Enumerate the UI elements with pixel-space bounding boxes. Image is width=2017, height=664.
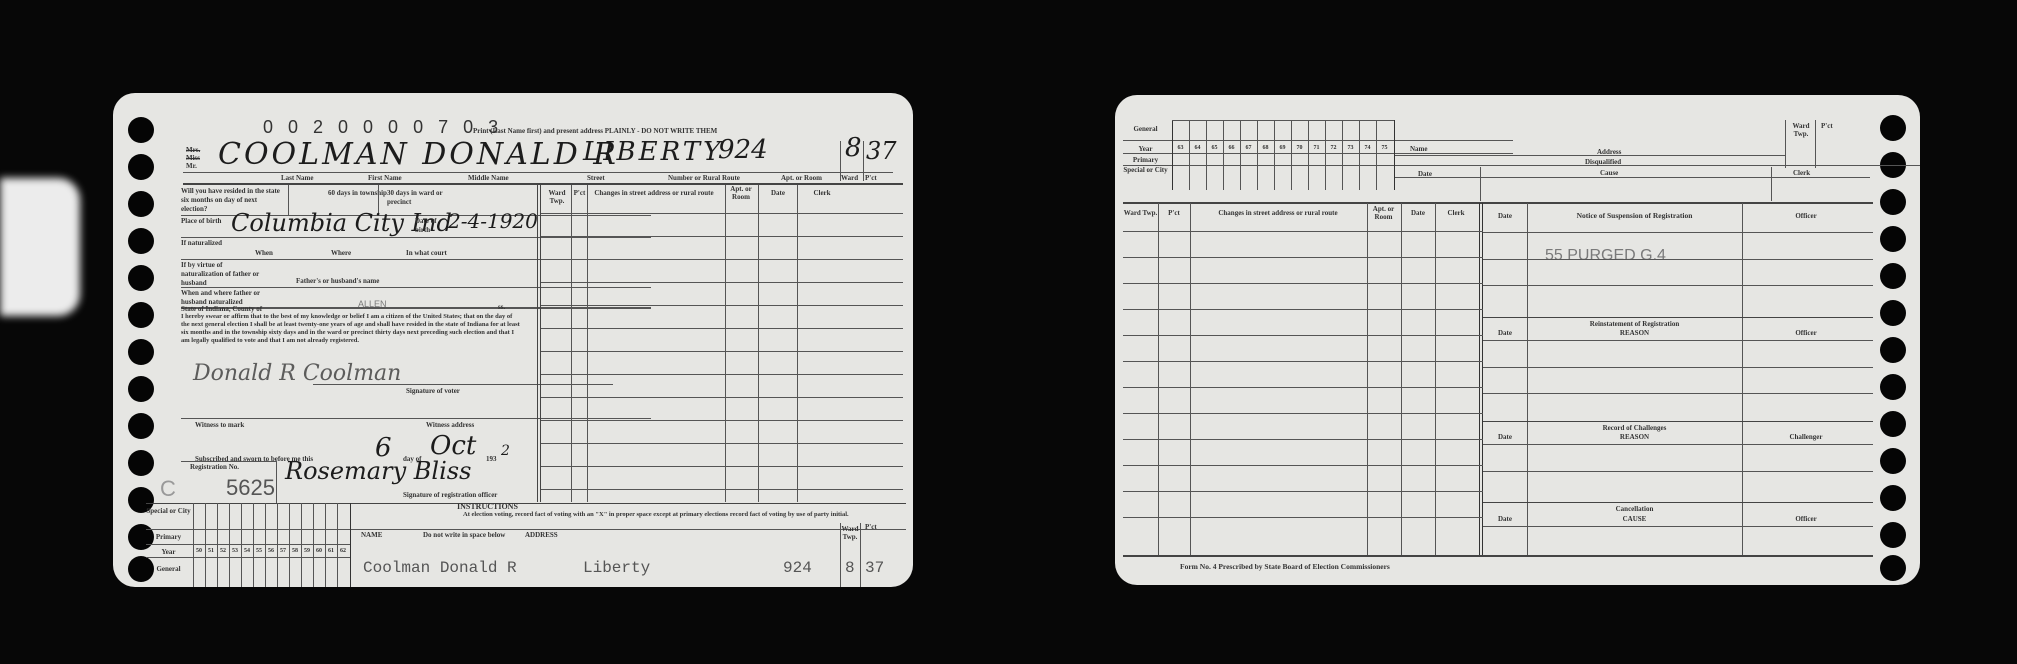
header-notice: Print (Last Name first) and present addr…	[473, 127, 717, 135]
serial-number: 0 0 2 0 0 0 0 7 0 3	[263, 117, 503, 138]
pct-value: 37	[866, 137, 897, 165]
scan-glare	[0, 178, 80, 316]
reinstatement-title: Reinstatement of Registration	[1527, 320, 1742, 328]
year-cell: 55	[253, 548, 265, 554]
col-pct: P'ct	[572, 189, 587, 197]
col-apt: Apt. or Room	[725, 185, 757, 201]
challenges-date-header: Date	[1483, 433, 1527, 441]
virtue-label: If by virtue of naturalization of father…	[181, 261, 261, 288]
witness-label: Witness to mark	[195, 421, 244, 429]
footer-typed-pct: 37	[865, 559, 884, 577]
suspension-date-header: Date	[1483, 212, 1527, 220]
row-special: Special or City	[1123, 166, 1168, 174]
col-apt: Apt. or Room	[1367, 205, 1400, 221]
punch-hole	[1880, 337, 1906, 363]
first-name-label: First Name	[368, 174, 402, 182]
punch-hole	[1880, 448, 1906, 474]
row-year: Year	[146, 548, 191, 556]
ward-value: 8	[845, 133, 862, 163]
punch-hole	[128, 117, 154, 143]
year-cell: 57	[277, 548, 289, 554]
footer-typed-ward: 8	[845, 559, 855, 577]
year-prefix: 193	[486, 455, 497, 463]
col-pct: P'ct	[1158, 209, 1190, 217]
punch-hole	[1880, 374, 1906, 400]
footer-no-write: Do not write in space below	[423, 531, 505, 539]
punch-hole	[1880, 115, 1906, 141]
registration-card-back: General Year Primary Special or City 63 …	[1115, 95, 1920, 585]
officer-label: Signature of registration officer	[403, 491, 497, 499]
year-cell: 64	[1189, 145, 1206, 151]
apt-label: Apt. or Room	[781, 174, 822, 182]
title-mr: Mr.	[186, 162, 197, 170]
year-cell: 68	[1257, 145, 1274, 151]
clerk-label: Clerk	[1793, 169, 1810, 177]
cancellation-cause-header: CAUSE	[1527, 515, 1742, 523]
col-date: Date	[758, 189, 798, 197]
signature-label: Signature of voter	[406, 387, 460, 395]
col-clerk: Clerk	[1435, 209, 1477, 217]
punch-hole	[128, 154, 154, 180]
cancellation-officer-header: Officer	[1742, 515, 1870, 523]
date-of-birth-label: Date of birth	[415, 217, 445, 235]
punch-hole	[128, 339, 154, 365]
footer-typed-name: Coolman Donald R	[363, 559, 517, 577]
cause-label: Cause	[1600, 169, 1618, 177]
challenges-reason-header: REASON	[1527, 433, 1742, 441]
punch-hole	[128, 376, 154, 402]
pct-label: P'ct	[1821, 122, 1833, 130]
punch-hole	[1880, 485, 1906, 511]
ward-question: 30 days in ward or precinct	[387, 189, 447, 207]
row-primary: Primary	[146, 533, 191, 541]
punch-hole	[1880, 300, 1906, 326]
voter-name: COOLMAN DONALD R	[218, 137, 619, 172]
side-mark: C	[160, 476, 176, 502]
footer-typed-street: Liberty	[583, 559, 650, 577]
middle-name-label: Middle Name	[468, 174, 509, 182]
challenges-challenger-header: Challenger	[1742, 433, 1870, 441]
year-cell: 59	[301, 548, 313, 554]
title-miss: Miss	[186, 154, 200, 162]
title-mrs: Mrs.	[186, 146, 200, 154]
year-cell: 53	[229, 548, 241, 554]
suspension-officer-header: Officer	[1742, 212, 1870, 220]
witness-address-label: Witness address	[426, 421, 474, 429]
col-changes: Changes in street address or rural route	[1193, 209, 1363, 217]
year-cell: 51	[205, 548, 217, 554]
oath-text: I hereby swear or affirm that to the bes…	[181, 313, 521, 345]
registration-card-front: 0 0 2 0 0 0 0 7 0 3 Print (Last Name fir…	[113, 93, 913, 587]
instructions-title: INSTRUCTIONS	[457, 503, 518, 511]
year-cell: 54	[241, 548, 253, 554]
father-name-label: Father's or husband's name	[296, 277, 379, 285]
row-special: Special or City	[146, 507, 191, 515]
disqualified-label: Disqualified	[1585, 158, 1621, 166]
name-label: Name	[1410, 145, 1428, 153]
year-cell: 71	[1308, 145, 1325, 151]
punch-hole	[128, 450, 154, 476]
reinstatement-officer-header: Officer	[1742, 329, 1870, 337]
footer-pct-label: P'ct	[865, 523, 877, 531]
row-primary: Primary	[1123, 156, 1168, 164]
last-name-label: Last Name	[281, 174, 313, 182]
registration-number: 5625	[226, 475, 275, 501]
ward-label: Ward Twp.	[1787, 122, 1815, 138]
punch-hole	[1880, 555, 1906, 581]
year-cell: 52	[217, 548, 229, 554]
voter-signature: Donald R Coolman	[193, 361, 401, 386]
punch-hole	[128, 413, 154, 439]
year-cell: 75	[1376, 145, 1393, 151]
oath-state: State of Indiana, County of	[181, 305, 262, 313]
pct-label: P'ct	[865, 174, 877, 182]
col-changes: Changes in street address or rural route	[589, 189, 719, 197]
footer-typed-number: 924	[783, 559, 812, 577]
year-cell: 63	[1172, 145, 1189, 151]
punch-hole	[128, 302, 154, 328]
year-cell: 73	[1342, 145, 1359, 151]
col-clerk: Clerk	[797, 189, 847, 197]
punch-hole	[128, 265, 154, 291]
row-year: Year	[1123, 145, 1168, 153]
cancellation-date-header: Date	[1483, 515, 1527, 523]
subscribed-year: 2	[501, 443, 510, 459]
registration-label: Registration No.	[190, 463, 239, 471]
when-label: When	[255, 249, 273, 257]
punch-hole	[1880, 226, 1906, 252]
year-cell: 72	[1325, 145, 1342, 151]
challenges-title: Record of Challenges	[1527, 424, 1742, 432]
officer-signature: Rosemary Bliss	[285, 457, 471, 485]
where-label: Where	[331, 249, 351, 257]
number-label: Number or Rural Route	[668, 174, 740, 182]
year-cell: 56	[265, 548, 277, 554]
punch-hole	[1880, 189, 1906, 215]
row-general: General	[146, 565, 191, 573]
date-of-birth-value: 2-4-1920	[448, 209, 538, 233]
court-label: In what court	[406, 249, 447, 257]
punch-hole	[128, 228, 154, 254]
punch-hole	[1880, 522, 1906, 548]
year-cell: 74	[1359, 145, 1376, 151]
footer-name-label: NAME	[361, 531, 382, 539]
footer-address-label: ADDRESS	[525, 531, 558, 539]
punch-hole	[1880, 263, 1906, 289]
row-general: General	[1123, 125, 1168, 133]
year-cell: 61	[325, 548, 337, 554]
col-ward-twp: Ward Twp.	[543, 189, 571, 205]
year-cell: 69	[1274, 145, 1291, 151]
number-value: 924	[718, 135, 768, 165]
oath-county: ALLEN	[358, 299, 387, 309]
street-label: Street	[587, 174, 605, 182]
purged-stamp: 55 PURGED G.4	[1545, 247, 1666, 265]
col-ward-twp: Ward Twp.	[1123, 209, 1158, 217]
reinstatement-date-header: Date	[1483, 329, 1527, 337]
year-cell: 62	[337, 548, 349, 554]
reinstatement-reason-header: REASON	[1527, 329, 1742, 337]
suspension-notice-header: Notice of Suspension of Registration	[1527, 212, 1742, 220]
ward-label: Ward	[841, 174, 858, 182]
punch-hole	[128, 191, 154, 217]
year-cell: 67	[1240, 145, 1257, 151]
year-cell: 58	[289, 548, 301, 554]
year-cell: 50	[193, 548, 205, 554]
instructions-text: At election voting, record fact of votin…	[463, 511, 883, 519]
footer-ward-label: Ward Twp.	[840, 525, 860, 541]
naturalized-label: If naturalized	[181, 239, 231, 248]
year-cell: 66	[1223, 145, 1240, 151]
oath-ss: ss.	[498, 303, 505, 311]
year-cell: 65	[1206, 145, 1223, 151]
year-cell: 60	[313, 548, 325, 554]
cancellation-title: Cancellation	[1527, 505, 1742, 513]
col-date: Date	[1401, 209, 1435, 217]
place-of-birth-label: Place of birth	[181, 217, 226, 226]
year-cell: 70	[1291, 145, 1308, 151]
punch-hole	[1880, 411, 1906, 437]
street-value: LIBERTY	[583, 137, 723, 167]
form-footer: Form No. 4 Prescribed by State Board of …	[1180, 563, 1390, 571]
